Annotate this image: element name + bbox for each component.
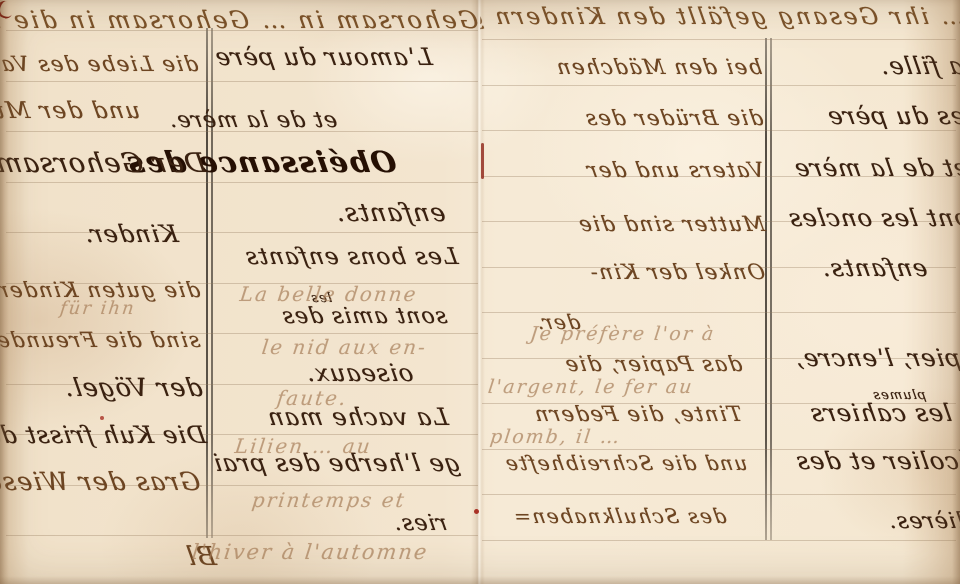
handwriting-line: ries. — [305, 513, 448, 535]
handwriting-line: und der Mutter. — [0, 100, 142, 123]
paper-edge-right — [952, 0, 960, 584]
handwriting-line: Les bons enfants — [126, 246, 460, 269]
handwriting-line: Onkel der Kin- — [480, 262, 767, 283]
handwriting-line: Tinte, die Federn — [480, 404, 744, 425]
handwriting-line: Mutter sind die — [480, 214, 767, 235]
bleed-through-line: l'argent, le fer au — [487, 378, 695, 397]
page-body: { "appearance": { "writing_direction": "… — [0, 0, 960, 584]
right-page: … ihr Gesang gefällt den Kindern gefal-l… — [480, 0, 960, 584]
handwriting-line: der Vögel. — [0, 375, 204, 400]
handwriting-line: des Schulknaben= — [480, 506, 728, 526]
red-ink-dot — [474, 509, 479, 514]
ruled-line — [482, 540, 956, 541]
handwriting-line: la fille. — [770, 54, 960, 78]
handwriting-line: die Brüder des — [480, 108, 765, 129]
handwriting-line: Die Kuh frisst das — [0, 423, 208, 447]
bleed-through-line: für ihn — [59, 300, 137, 318]
bleed-through-line: printemps et — [251, 490, 407, 510]
handwriting-line: und die Schreibhefte — [480, 453, 749, 473]
red-ink-speck — [100, 416, 104, 420]
ruled-line — [482, 39, 956, 40]
handwriting-line: oiseaux. — [211, 361, 415, 385]
handwriting-line: lières. — [802, 511, 960, 533]
red-ink-streak — [481, 143, 484, 179]
handwriting-line: Gehorsam in … Gehorsam in die … — [0, 8, 480, 32]
ruled-line — [6, 182, 478, 183]
manuscript-scan: Gehorsam in … Gehorsam in die …L'amour d… — [0, 0, 960, 584]
handwriting-line: das Papier, die — [480, 354, 744, 375]
handwriting-line: bei den Mädchen — [480, 57, 764, 78]
ruled-line — [482, 130, 956, 131]
handwriting-line: Der Gehorsam der — [0, 150, 208, 177]
bleed-through-line: le nid aux en- — [261, 337, 428, 357]
handwriting-line: Gras der Wiesen. — [0, 469, 202, 494]
handwriting-line: die Liebe des Vaters und — [0, 54, 200, 75]
bleed-through-line: Lilien … au — [234, 436, 373, 456]
handwriting-line: … ihr Gesang gefällt den Kindern gefal- — [480, 6, 960, 29]
paper-edge-left — [0, 0, 9, 584]
bleed-through-line: La belle donne — [239, 284, 419, 304]
ruled-line — [6, 81, 478, 82]
handwriting-line: sind die Freunde — [0, 330, 202, 351]
handwriting-line: Kinder. — [0, 222, 180, 246]
paper-edge-bottom — [0, 576, 960, 584]
left-page: Gehorsam in … Gehorsam in die …L'amour d… — [0, 0, 480, 584]
ruled-line — [482, 494, 956, 495]
bleed-through-line: faute. — [276, 388, 349, 408]
bleed-through-line: Je préfère l'or à — [529, 325, 717, 344]
bleed-through-line: plomb, il … — [489, 428, 622, 447]
handwriting-line: enfants. — [223, 200, 447, 225]
bleed-through-line: l'hiver à l'automne — [191, 542, 430, 563]
handwriting-line: sont amis des — [165, 306, 448, 328]
handwriting-line: Vaters und der — [480, 160, 766, 181]
ruled-line — [482, 85, 956, 86]
